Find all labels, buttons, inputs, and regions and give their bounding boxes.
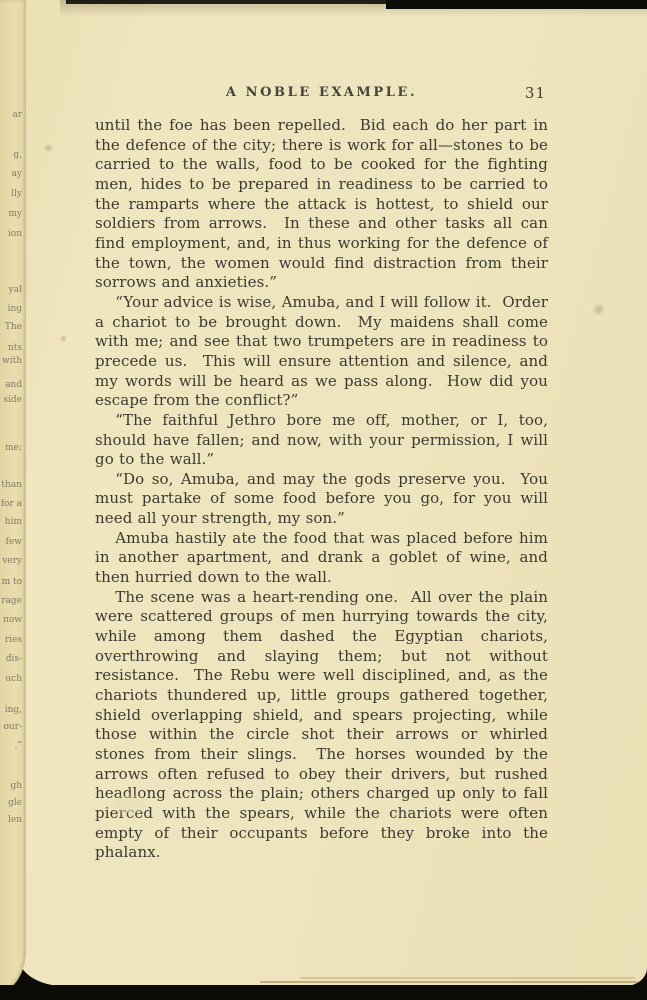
scan-blemish bbox=[594, 305, 603, 314]
margin-text-fragment: ing, bbox=[5, 705, 22, 715]
margin-text-fragment: ion bbox=[8, 229, 22, 239]
margin-text-fragment: ar bbox=[12, 110, 22, 120]
body-text: until the foe has been repelled. Bid eac… bbox=[95, 116, 548, 863]
page-number: 31 bbox=[525, 84, 546, 102]
scan-smudge bbox=[112, 797, 146, 812]
page-stack-edge-line bbox=[260, 981, 638, 983]
margin-text-fragment: rage bbox=[1, 596, 22, 606]
paragraph: Amuba hastily ate the food that was plac… bbox=[95, 529, 548, 588]
page-stack-edge-line bbox=[300, 977, 635, 979]
paragraph: until the foe has been repelled. Bid eac… bbox=[95, 116, 548, 293]
margin-text-fragment: him bbox=[5, 517, 22, 527]
margin-text-fragment: ay bbox=[12, 169, 22, 179]
margin-text-fragment: with bbox=[2, 356, 22, 366]
scan-blemish bbox=[45, 145, 52, 151]
margin-text-fragment: m to bbox=[2, 577, 22, 587]
margin-text-fragment: very bbox=[2, 556, 22, 566]
margin-text-fragment: than bbox=[1, 480, 22, 490]
margin-text-fragment: our- bbox=[3, 722, 22, 732]
margin-text-fragment: nts bbox=[8, 343, 22, 353]
margin-text-fragment: lly bbox=[11, 189, 22, 199]
margin-text-fragment: for a bbox=[1, 499, 22, 509]
scan-blemish bbox=[61, 336, 66, 341]
margin-text-fragment: now bbox=[3, 615, 22, 625]
margin-text-fragment: .” bbox=[15, 741, 22, 751]
margin-text-fragment: g, bbox=[13, 150, 22, 160]
margin-text-fragment: gh bbox=[10, 781, 22, 791]
margin-text-fragment: ing bbox=[8, 304, 22, 314]
paragraph: “Your advice is wise, Amuba, and I will … bbox=[95, 293, 548, 411]
gutter-facing-page-edge: arg,ayllymyionyalingThentswithandsideme;… bbox=[0, 0, 26, 991]
scanned-book-page: arg,ayllymyionyalingThentswithandsideme;… bbox=[0, 0, 647, 1000]
margin-text-fragment: uch bbox=[5, 674, 22, 684]
margin-text-fragment: The bbox=[5, 322, 22, 332]
margin-text-fragment: ries bbox=[5, 635, 22, 645]
margin-text-fragment: side bbox=[3, 395, 22, 405]
top-scan-border-thick bbox=[386, 0, 647, 9]
running-title: A NOBLE EXAMPLE. bbox=[95, 85, 548, 100]
paragraph: The scene was a heart-rending one. All o… bbox=[95, 588, 548, 863]
margin-text-fragment: my bbox=[8, 209, 22, 219]
paragraph: “Do so, Amuba, and may the gods preserve… bbox=[95, 470, 548, 529]
top-scan-border-thin bbox=[66, 0, 388, 4]
margin-text-fragment: gle bbox=[8, 798, 22, 808]
page-header: A NOBLE EXAMPLE. 31 bbox=[95, 85, 548, 105]
bottom-scan-border bbox=[0, 985, 647, 1000]
margin-text-fragment: and bbox=[5, 380, 22, 390]
margin-text-fragment: me; bbox=[5, 443, 22, 453]
margin-text-fragment: few bbox=[6, 537, 22, 547]
margin-text-fragment: dis- bbox=[6, 654, 22, 664]
margin-text-fragment: len bbox=[8, 815, 22, 825]
paragraph: “The faithful Jethro bore me off, mother… bbox=[95, 411, 548, 470]
margin-text-fragment: yal bbox=[9, 285, 22, 295]
